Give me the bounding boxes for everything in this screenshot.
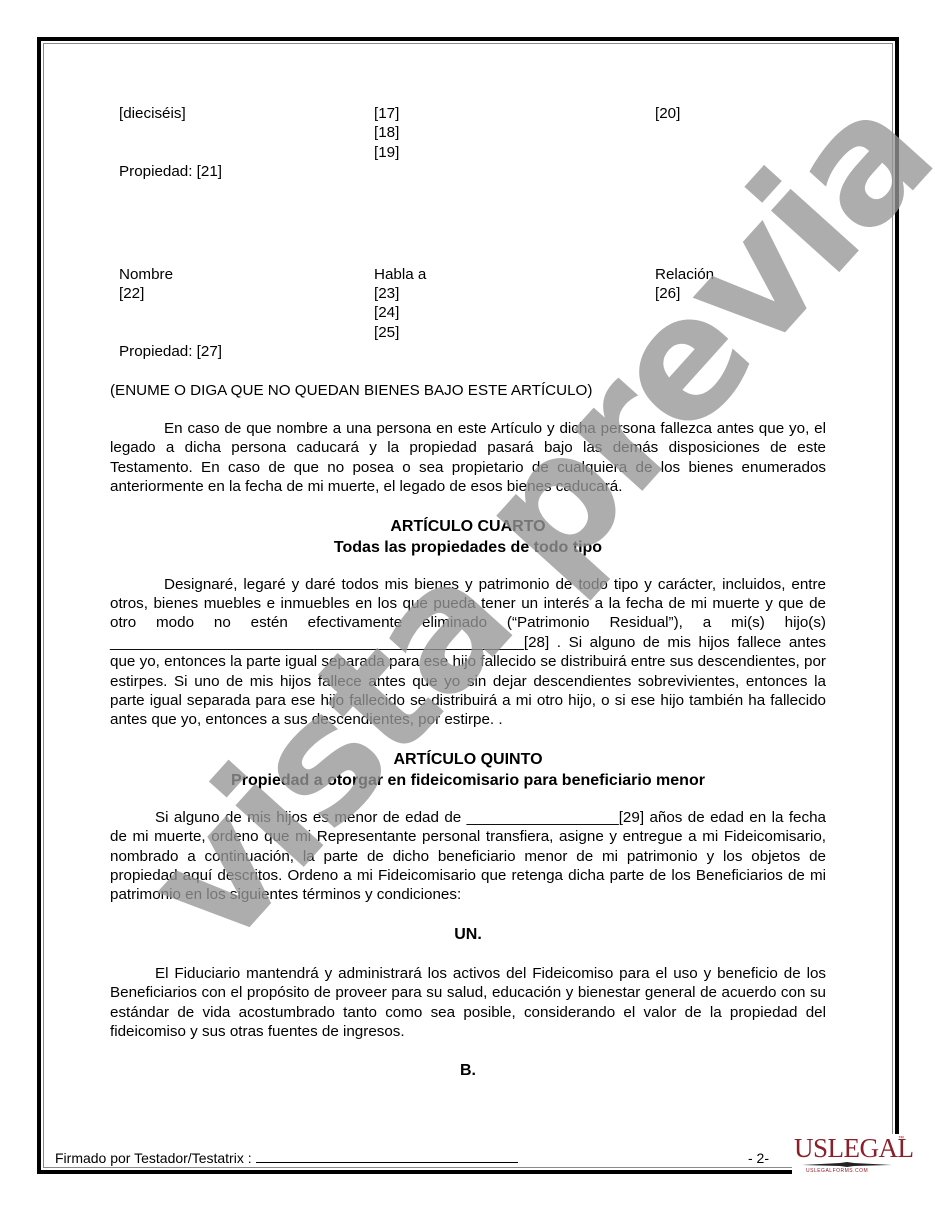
bequest-speaks-to: [25] [374,323,399,342]
bequest-speaks-to: [17] [374,104,399,123]
bequest-entry-2: Nombre Habla a Relación [22] [23] [26] [… [110,265,826,362]
logo-text: USLEGAL [794,1134,914,1162]
bequest-speaks-to: [19] [374,143,399,162]
paragraph-text: Designaré, legaré y daré todos mis biene… [110,576,826,632]
enumerate-note: (ENUME O DIGA QUE NO QUEDAN BIENES BAJO … [110,381,826,400]
article-five-paragraph: Si alguno de mis hijos es menor de edad … [110,808,826,905]
logo-url: USLEGALFORMS.COM [806,1168,868,1174]
article-five-subtitle: Propiedad a otorgar en fideicomisario pa… [110,770,826,791]
bequest-speaks-to: [18] [374,123,399,142]
paragraph-text: Si alguno de mis hijos es menor de edad … [155,809,467,826]
bequest-property: Propiedad: [27] [110,342,826,361]
section-a-paragraph: El Fiduciario mantendrá y administrará l… [110,964,826,1042]
bequest-speaks-to: [24] [374,303,399,322]
bequest-entry-1: [dieciséis] [17] [20] [18] [19] Propieda… [110,104,826,182]
signature-field[interactable] [256,1150,518,1163]
eagle-wing-icon [802,1162,892,1167]
lapse-paragraph: En caso de que nombre a una persona en e… [110,419,826,497]
bequest-relation: [20] [655,104,680,123]
blank-field-29: __________________ [467,809,619,826]
article-four-title: ARTÍCULO CUARTO [110,516,826,537]
section-a-heading: UN. [110,924,826,945]
header-speaks-to: Habla a [374,265,426,284]
header-relation: Relación [655,265,714,284]
bequest-name: [dieciséis] [119,104,186,123]
header-name: Nombre [119,265,173,284]
article-four-paragraph: Designaré, legaré y daré todos mis biene… [110,575,826,730]
signature-line: Firmado por Testador/Testatrix : [55,1150,518,1166]
section-b-heading: B. [110,1060,826,1081]
page-number: - 2- [748,1150,769,1166]
bequest-speaks-to: [23] [374,284,399,303]
logo-trademark: ™ [898,1136,904,1142]
bequest-property: Propiedad: [21] [110,162,826,181]
blank-field-28: ________________________________________… [110,634,524,651]
uslegal-logo: USLEGAL ™ USLEGALFORMS.COM [792,1134,904,1174]
document-body: [dieciséis] [17] [20] [18] [19] Propieda… [110,104,826,1081]
bequest-relation: [26] [655,284,680,303]
bequest-name: [22] [119,284,144,303]
signature-label: Firmado por Testador/Testatrix : [55,1150,252,1166]
article-five-title: ARTÍCULO QUINTO [110,749,826,770]
article-four-subtitle: Todas las propiedades de todo tipo [110,537,826,558]
